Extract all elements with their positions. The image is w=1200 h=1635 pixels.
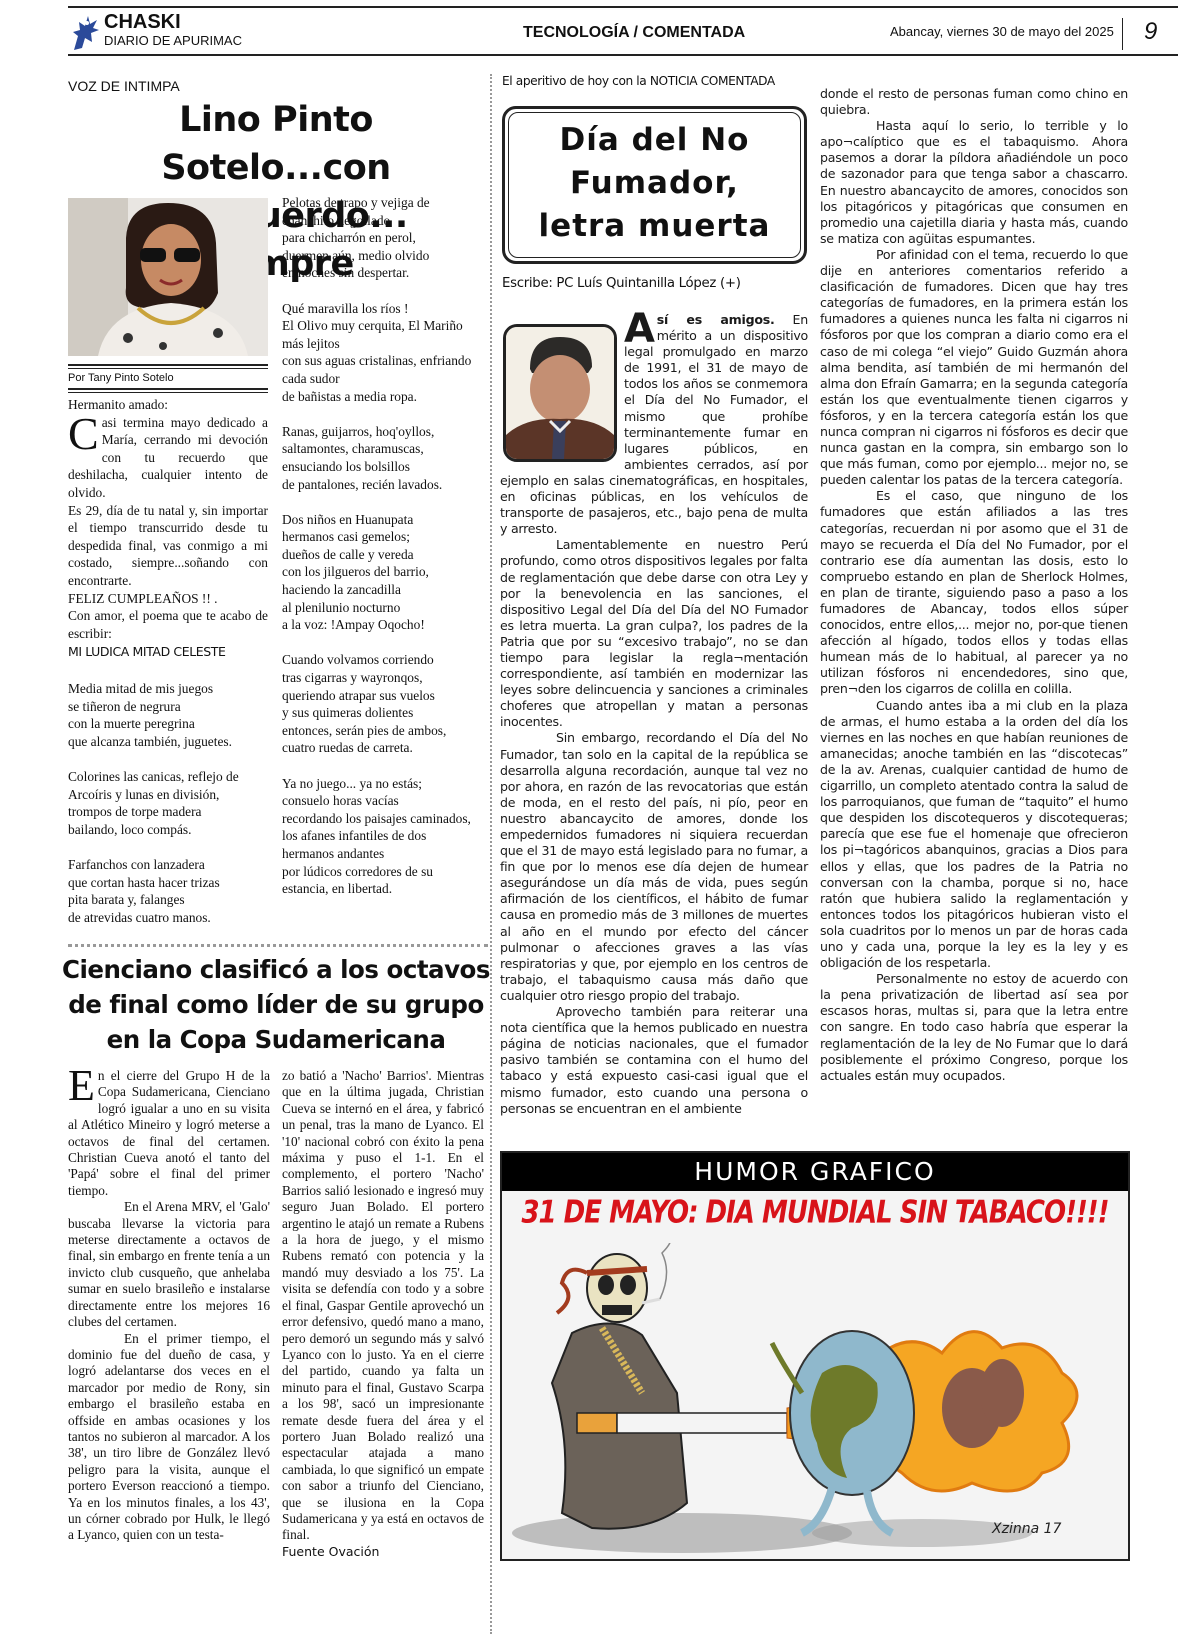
poem-line: Colorines las canicas, reflejo de (68, 768, 273, 786)
poem-column-1: Media mitad de mis juegosse tiñeron de n… (68, 680, 273, 944)
poem-stanza: Pelotas de trapo y vejiga de chanchito d… (282, 194, 484, 282)
memorial-byline: Por Tany Pinto Sotelo (68, 372, 174, 384)
paragraph: Es el caso, que ninguno de los fumadores… (820, 488, 1128, 697)
paragraph: Así es amigos. En mérito a un dispositiv… (500, 312, 808, 537)
source-credit: Fuente Ovación (282, 1544, 379, 1559)
poem-line: hermanos casi gemelos; (282, 528, 484, 546)
opinion-body-col1: Así es amigos. En mérito a un dispositiv… (500, 312, 808, 1117)
poem-line: trompos de torpe madera (68, 803, 273, 821)
newspaper-brand: CHASKI (104, 12, 181, 32)
poem-line: hermanos andantes (282, 845, 484, 863)
poem-line: a la voz: !Ampay Oqocho! (282, 616, 484, 634)
section-title: TECNOLOGÍA / COMENTADA (523, 24, 745, 42)
masthead-divider (1122, 18, 1123, 50)
poem-line: los afanes infantiles de dos (282, 827, 484, 845)
drop-cap: E (68, 1070, 95, 1102)
poem-line: El Olivo muy cerquita, El Mariño más lej… (282, 317, 484, 352)
paragraph: FELIZ CUMPLEAÑOS !! . (68, 590, 268, 608)
cartoon-header: HUMOR GRAFICO (502, 1157, 1128, 1186)
masthead: CHASKI DIARIO DE APURIMAC TECNOLOGÍA / C… (68, 6, 1178, 56)
poem-line: Dos niños en Huanupata (282, 511, 484, 529)
poem-line: dueños de calle y vereda (282, 546, 484, 564)
poem-line: estancia, en libertad. (282, 880, 484, 898)
paragraph: Hasta aquí lo serio, lo terrible y lo ap… (820, 118, 1128, 247)
newspaper-subtitle: DIARIO DE APURIMAC (104, 33, 242, 48)
opinion-kicker: El aperitivo de hoy con la NOTICIA COMEN… (502, 74, 775, 88)
headline-line: en la Copa Sudamericana (62, 1022, 490, 1057)
poem-title: MI LUDICA MITAD CELESTE (68, 644, 226, 659)
poem-line: que cortan hasta hacer trizas (68, 874, 273, 892)
poem-line: entonces, serán pies de ambos, (282, 722, 484, 740)
photo-spacer (500, 312, 624, 460)
poem-line: haciendo la zancadilla (282, 581, 484, 599)
paragraph: Cuando antes iba a mi club en la plaza d… (820, 698, 1128, 972)
cartoon-caption: 31 DE MAYO: DIA MUNDIAL SIN TABACO!!!! (502, 1195, 1128, 1231)
poem-column-2: Pelotas de trapo y vejiga de chanchito d… (282, 194, 484, 915)
poem-line: ensuciando los bolsillos (282, 458, 484, 476)
poem-stanza: Qué maravilla los ríos !El Olivo muy cer… (282, 300, 484, 406)
poem-line: bailando, loco compás. (68, 821, 273, 839)
poem-stanza: Ya no juego... ya no estás;consuelo hora… (282, 775, 484, 898)
condor-logo-icon (70, 14, 100, 52)
poem-stanza: Ranas, guijarros, hoq'oyllos,saltamontes… (282, 423, 484, 493)
memorial-kicker: VOZ DE INTIMPA (68, 78, 180, 94)
paragraph: Sin embargo, recordando el Día del No Fu… (500, 730, 808, 1004)
poem-line: Arcoíris y lunas en división, (68, 786, 273, 804)
editorial-cartoon: HUMOR GRAFICO 31 DE MAYO: DIA MUNDIAL SI… (500, 1151, 1130, 1561)
opinion-title-box: Día del No Fumador, letra muerta (502, 106, 807, 264)
paragraph: Con amor, el poema que te acabo de escri… (68, 607, 268, 642)
poem-line: de bañistas a media ropa. (282, 388, 484, 406)
paragraph: En el cierre del Grupo H de la Copa Suda… (68, 1068, 270, 1199)
poem-line: consuelo horas vacías (282, 792, 484, 810)
woman-portrait-icon (68, 198, 268, 356)
poem-stanza: Farfanchos con lanzaderaque cortan hasta… (68, 856, 273, 926)
poem-line: recordando los paisajes caminados, (282, 810, 484, 828)
opinion-byline: Escribe: PC Luís Quintanilla López (+) (502, 276, 741, 291)
drop-cap: A (624, 314, 655, 344)
poem-stanza: Dos niños en Huanupatahermanos casi geme… (282, 511, 484, 634)
page-number: 9 (1144, 18, 1157, 46)
poem-line: con los jilgueros del barrio, (282, 563, 484, 581)
paragraph: Casi termina mayo dedicado a María, cerr… (68, 414, 268, 502)
headline-line: Lino Pinto Sotelo...con (62, 96, 490, 192)
byline-rule (68, 388, 268, 393)
paragraph: Aprovecho también para reiterar una nota… (500, 1004, 808, 1117)
headline-line: de final como líder de su grupo (62, 987, 490, 1022)
paragraph: Personalmente no estoy de acuerdo con la… (820, 971, 1128, 1084)
poem-stanza: Colorines las canicas, reflejo deArcoíri… (68, 768, 273, 838)
sports-body-col1: En el cierre del Grupo H de la Copa Suda… (68, 1068, 270, 1544)
poem-line: por lúdicos corredores de su (282, 863, 484, 881)
poem-line: queriendo atrapar sus vuelos (282, 687, 484, 705)
poem-stanza: Media mitad de mis juegosse tiñeron de n… (68, 680, 273, 750)
poem-line: para chicharrón en perol, (282, 229, 484, 247)
cartoon-signature: Xzinna 17 (991, 1521, 1062, 1537)
poem-line: Ranas, guijarros, hoq'oyllos, (282, 423, 484, 441)
opinion-headline: Día del No Fumador, letra muerta (505, 119, 804, 248)
poem-line: saltamontes, charamuscas, (282, 440, 484, 458)
poem-line: Farfanchos con lanzadera (68, 856, 273, 874)
poem-line: Ya no juego... ya no estás; (282, 775, 484, 793)
byline-rule (68, 364, 268, 369)
opinion-body-col2: donde el resto de personas fuman como ch… (820, 86, 1128, 1084)
poem-line: pita barata y, falanges (68, 891, 273, 909)
poem-line: cuatro ruedas de carreta. (282, 739, 484, 757)
paragraph: donde el resto de personas fuman como ch… (820, 86, 1128, 118)
poem-stanza: Cuando volvamos corriendotras cigarras y… (282, 651, 484, 757)
poem-line: con la muerte peregrina (68, 715, 273, 733)
paragraph: Lamentablemente en nuestro Perú profundo… (500, 537, 808, 730)
poem-line: de atrevidas cuatro manos. (68, 909, 273, 927)
poem-line: duermen aún, medio olvido (282, 247, 484, 265)
salutation: Hermanito amado: (68, 396, 268, 414)
author-photo (68, 198, 268, 356)
paragraph: Por afinidad con el tema, recuerdo lo qu… (820, 247, 1128, 488)
poem-line: Pelotas de trapo y vejiga de chanchito d… (282, 194, 484, 229)
headline-line: Cienciano clasificó a los octavos (62, 952, 490, 987)
poem-line: en noches sin despertar. (282, 264, 484, 282)
dateline: Abancay, viernes 30 de mayo del 2025 (890, 24, 1114, 39)
column-divider (490, 74, 492, 1634)
lead-in: sí es amigos. (657, 312, 775, 327)
paragraph: En el Arena MRV, el 'Galo' buscaba lleva… (68, 1199, 270, 1330)
poem-line: se tiñeron de negrura (68, 698, 273, 716)
sports-headline: Cienciano clasificó a los octavos de fin… (62, 952, 490, 1057)
paragraph: En el primer tiempo, el dominio fue del … (68, 1331, 270, 1544)
paragraph: Es 29, día de tu natal y, sin importar e… (68, 502, 268, 590)
paragraph: zo batió a 'Nacho' Barrios'. Mientras qu… (282, 1068, 484, 1544)
poem-line: de pantalones, recién lavados. (282, 476, 484, 494)
poem-line: tras cigarras y wayronqos, (282, 669, 484, 687)
poem-line: Media mitad de mis juegos (68, 680, 273, 698)
death-smoking-globe-illustration: Xzinna 17 (502, 1243, 1128, 1559)
poem-line: Cuando volvamos corriendo (282, 651, 484, 669)
memorial-body: Hermanito amado: Casi termina mayo dedic… (68, 396, 268, 642)
drop-cap: C (68, 416, 99, 452)
sports-body-col2: zo batió a 'Nacho' Barrios'. Mientras qu… (282, 1068, 484, 1560)
poem-line: al plenilunio nocturno (282, 599, 484, 617)
poem-line: con sus aguas cristalinas, enfriando cad… (282, 352, 484, 387)
poem-line: y sus quimeras dolientes (282, 704, 484, 722)
section-divider (68, 944, 488, 947)
poem-line: que alcanza también, juguetes. (68, 733, 273, 751)
poem-line: Qué maravilla los ríos ! (282, 300, 484, 318)
